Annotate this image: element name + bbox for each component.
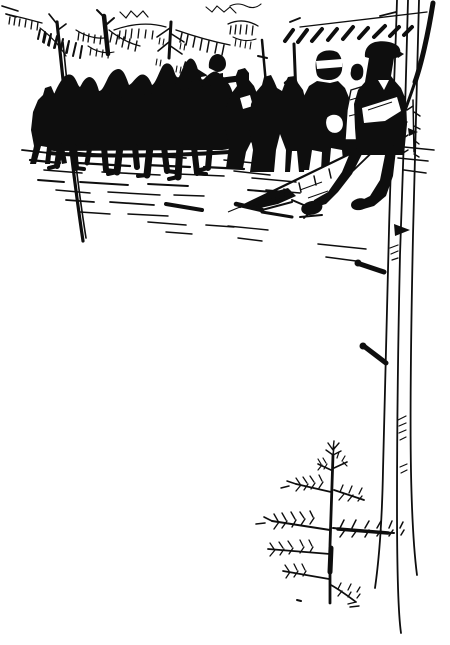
wounded-soldier-head-bandage [285, 44, 352, 170]
leg [208, 146, 210, 168]
bough-line [114, 24, 166, 30]
ground-strokes [318, 244, 366, 261]
bough-needles [230, 25, 253, 35]
whorl-needles [270, 540, 313, 556]
boot [106, 170, 114, 171]
whorl-tip-tuft [256, 517, 272, 524]
cap-brim [397, 50, 404, 58]
bough-needles [180, 33, 224, 55]
carrier-head [209, 54, 226, 72]
boot [169, 177, 178, 179]
book-illustration [0, 0, 450, 645]
ink-drawing-canvas [0, 0, 450, 645]
boot [49, 166, 57, 168]
bough-tip-line [228, 207, 240, 212]
bark-hatches [400, 464, 407, 473]
ground-dot [297, 600, 301, 601]
bark-hatches [398, 416, 406, 440]
whorl-needles [296, 475, 323, 491]
sapling-trunk-thick [330, 548, 331, 572]
bough-line [6, 14, 42, 23]
whorl-tip-tuft [281, 481, 296, 488]
branch-snag [104, 16, 108, 54]
stub-knob [360, 343, 367, 350]
boot [167, 171, 175, 172]
twig-zigzag [120, 11, 148, 18]
whorl-branch [268, 549, 330, 554]
bark-hatches [390, 245, 398, 260]
head [351, 64, 364, 81]
soldiers-pair [249, 40, 307, 172]
twig-zigzag [206, 6, 236, 13]
twig-wave [230, 4, 261, 8]
bough-needles [110, 33, 137, 51]
leg [147, 146, 150, 175]
ground-strokes [148, 222, 234, 227]
leg [164, 147, 167, 171]
leg [194, 147, 197, 173]
branch-stub [360, 264, 384, 272]
dark-branch-band [285, 26, 412, 42]
rifle-notch [258, 56, 267, 58]
boot [197, 173, 206, 174]
pair-silhouette [249, 75, 307, 172]
bark-flag [394, 224, 410, 236]
leg [117, 146, 120, 172]
leg [178, 146, 180, 177]
sapling-trunk [330, 455, 333, 603]
whorl-needles [285, 564, 306, 578]
base-shoot [331, 585, 356, 602]
column-mass [47, 59, 238, 151]
boot [138, 175, 147, 176]
bough-needles [9, 17, 38, 30]
leg [104, 147, 106, 170]
ground-strokes [80, 212, 168, 216]
bough-line [88, 46, 114, 53]
boot [76, 168, 84, 169]
bough-line [76, 30, 104, 38]
base-tuft [348, 602, 359, 607]
bough-line [228, 21, 258, 26]
leg [74, 147, 76, 168]
branch-stub [365, 347, 386, 363]
ground-strokes [228, 226, 268, 241]
ground-strokes [166, 232, 192, 234]
ground-dark-clump [166, 204, 202, 210]
bandaged-hand [326, 114, 344, 133]
boot [200, 168, 208, 170]
